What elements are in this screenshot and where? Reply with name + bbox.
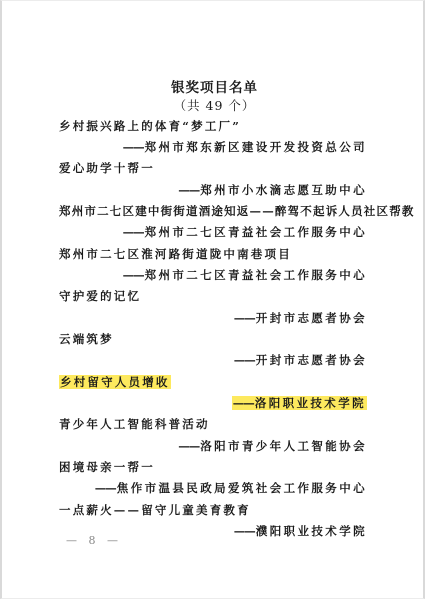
organization-text: 郑州市小水滴志愿互助中心 xyxy=(200,183,367,197)
dash: —— xyxy=(123,225,144,239)
organization-name: ——濮阳职业技术学院 xyxy=(234,523,367,539)
organization-text: 郑州市二七区青益社会工作服务中心 xyxy=(145,225,367,239)
organization-text: 开封市志愿者协会 xyxy=(256,311,367,325)
organization-text: 开封市志愿者协会 xyxy=(256,353,367,367)
project-name: 爱心助学十帮一 xyxy=(59,160,155,176)
document-page: 银奖项目名单 （共 49 个） 乡村振兴路上的体育“梦工厂” ——郑州市郑东新区… xyxy=(0,0,425,599)
organization-name: ——开封市志愿者协会 xyxy=(234,352,367,368)
organization-name: ——焦作市温县民政局爱筑社会工作服务中心 xyxy=(95,480,367,496)
dash: —— xyxy=(233,396,254,410)
organization-text: 濮阳职业技术学院 xyxy=(256,524,367,538)
page-title: 银奖项目名单 xyxy=(2,76,425,96)
project-name: 乡村振兴路上的体育“梦工厂” xyxy=(59,118,241,134)
project-name: 一点薪火——留守儿童美育教育 xyxy=(59,502,251,518)
dash: —— xyxy=(234,311,255,325)
organization-name: ——郑州市二七区青益社会工作服务中心 xyxy=(123,224,367,240)
dash: —— xyxy=(123,268,144,282)
organization-name: ——洛阳市青少年人工智能协会 xyxy=(178,438,367,454)
project-name: 郑州市二七区淮河路街道陇中南巷项目 xyxy=(59,246,292,262)
organization-name: ——开封市志愿者协会 xyxy=(234,310,367,326)
dash: —— xyxy=(123,140,144,154)
highlight: ——洛阳职业技术学院 xyxy=(232,396,367,410)
organization-text: 洛阳市青少年人工智能协会 xyxy=(200,439,367,453)
project-name: 青少年人工智能科普活动 xyxy=(59,416,210,432)
organization-name: ——郑州市二七区青益社会工作服务中心 xyxy=(123,267,367,283)
dash: —— xyxy=(234,524,255,538)
page-subtitle: （共 49 个） xyxy=(2,96,425,114)
dash: —— xyxy=(178,183,199,197)
organization-text: 郑州市郑东新区建设开发投资总公司 xyxy=(145,140,367,154)
project-name: 云端筑梦 xyxy=(59,331,114,347)
organization-text: 郑州市二七区青益社会工作服务中心 xyxy=(145,268,367,282)
project-name: 守护爱的记忆 xyxy=(59,288,141,304)
organization-text: 洛阳职业技术学院 xyxy=(255,396,366,410)
page-number: — 8 — xyxy=(66,534,122,547)
dash: —— xyxy=(234,353,255,367)
dash: —— xyxy=(178,439,199,453)
project-name-highlighted: 乡村留守人员增收 xyxy=(59,374,171,390)
organization-name-highlighted: ——洛阳职业技术学院 xyxy=(232,395,367,411)
project-name: 郑州市二七区建中街街道酒途知返——醉驾不起诉人员社区帮教 xyxy=(59,203,415,219)
organization-name: ——郑州市郑东新区建设开发投资总公司 xyxy=(123,139,367,155)
highlight: 乡村留守人员增收 xyxy=(59,375,171,389)
organization-name: ——郑州市小水滴志愿互助中心 xyxy=(178,182,367,198)
dash: —— xyxy=(95,481,116,495)
organization-text: 焦作市温县民政局爱筑社会工作服务中心 xyxy=(117,481,367,495)
project-name: 困境母亲一帮一 xyxy=(59,459,155,475)
